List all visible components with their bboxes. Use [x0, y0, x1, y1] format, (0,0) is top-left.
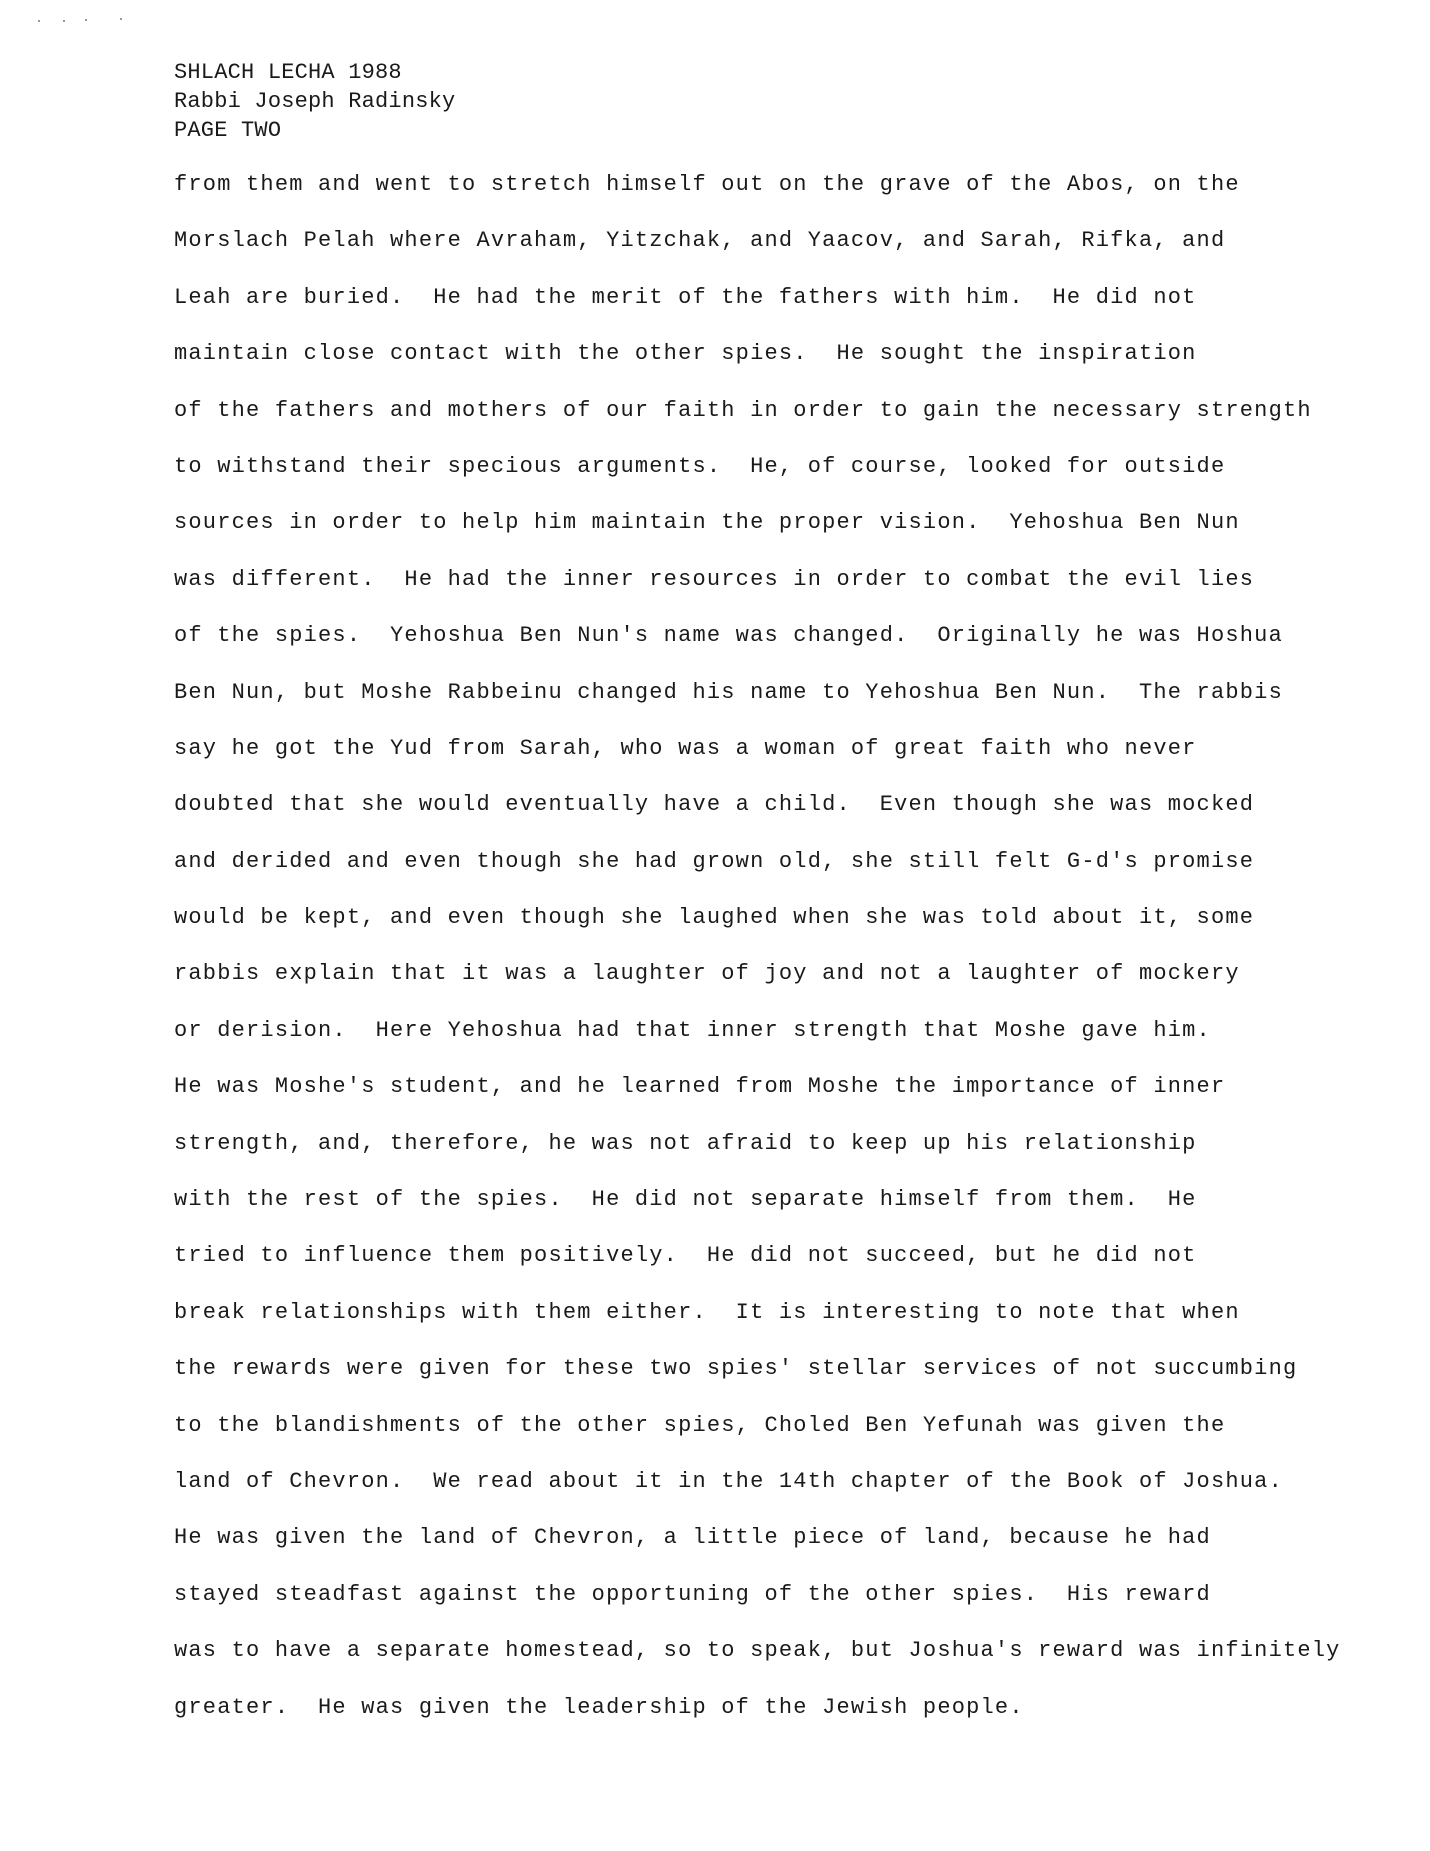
text-line: with the rest of the spies. He did not s… — [174, 1185, 1341, 1241]
text-line: of the spies. Yehoshua Ben Nun's name wa… — [174, 621, 1341, 677]
text-line: to withstand their specious arguments. H… — [174, 452, 1341, 508]
document-header: SHLACH LECHA 1988 Rabbi Joseph Radinsky … — [174, 58, 455, 145]
text-line: of the fathers and mothers of our faith … — [174, 396, 1341, 452]
text-line: or derision. Here Yehoshua had that inne… — [174, 1016, 1341, 1072]
text-line: and derided and even though she had grow… — [174, 847, 1341, 903]
scan-noise — [38, 14, 128, 26]
text-line: greater. He was given the leadership of … — [174, 1693, 1341, 1749]
text-line: maintain close contact with the other sp… — [174, 339, 1341, 395]
document-body: from them and went to stretch himself ou… — [174, 170, 1341, 1749]
text-line: break relationships with them either. It… — [174, 1298, 1341, 1354]
text-line: doubted that she would eventually have a… — [174, 790, 1341, 846]
text-line: Morslach Pelah where Avraham, Yitzchak, … — [174, 226, 1341, 282]
document-author: Rabbi Joseph Radinsky — [174, 87, 455, 116]
document-page: SHLACH LECHA 1988 Rabbi Joseph Radinsky … — [0, 0, 1430, 1851]
text-line: would be kept, and even though she laugh… — [174, 903, 1341, 959]
text-line: He was Moshe's student, and he learned f… — [174, 1072, 1341, 1128]
text-line: stayed steadfast against the opportuning… — [174, 1580, 1341, 1636]
text-line: sources in order to help him maintain th… — [174, 508, 1341, 564]
text-line: Leah are buried. He had the merit of the… — [174, 283, 1341, 339]
text-line: strength, and, therefore, he was not afr… — [174, 1129, 1341, 1185]
text-line: say he got the Yud from Sarah, who was a… — [174, 734, 1341, 790]
text-line: from them and went to stretch himself ou… — [174, 170, 1341, 226]
text-line: to the blandishments of the other spies,… — [174, 1411, 1341, 1467]
text-line: was to have a separate homestead, so to … — [174, 1636, 1341, 1692]
text-line: land of Chevron. We read about it in the… — [174, 1467, 1341, 1523]
text-line: the rewards were given for these two spi… — [174, 1354, 1341, 1410]
document-title: SHLACH LECHA 1988 — [174, 58, 455, 87]
text-line: He was given the land of Chevron, a litt… — [174, 1523, 1341, 1579]
page-label: PAGE TWO — [174, 116, 455, 145]
text-line: Ben Nun, but Moshe Rabbeinu changed his … — [174, 678, 1341, 734]
text-line: was different. He had the inner resource… — [174, 565, 1341, 621]
text-line: rabbis explain that it was a laughter of… — [174, 959, 1341, 1015]
text-line: tried to influence them positively. He d… — [174, 1241, 1341, 1297]
